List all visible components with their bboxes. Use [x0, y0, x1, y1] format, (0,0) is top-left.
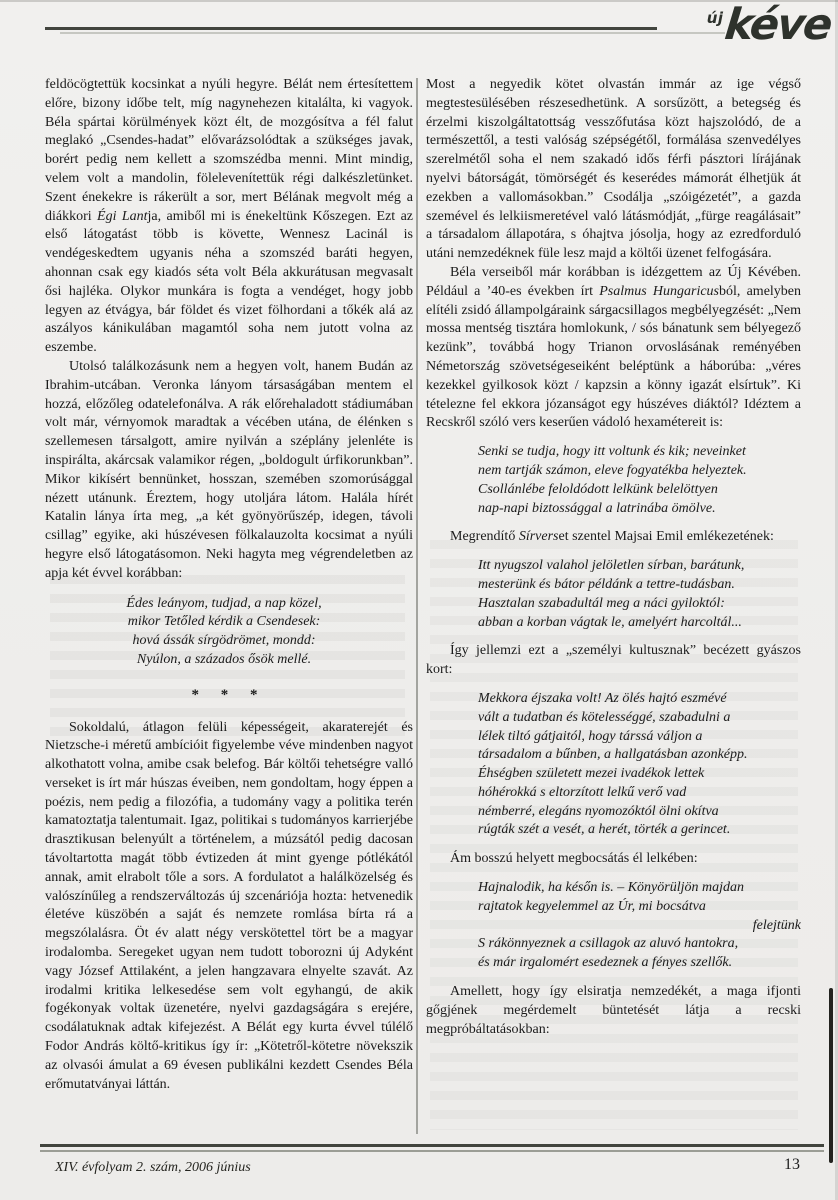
paragraph: Most a negyedik kötet olvastán immár az …: [426, 76, 801, 264]
poem-line: Senki se tudja, hogy itt voltunk és kik;…: [478, 443, 801, 462]
poem: Édes leányom, tudjad, a nap közel,mikor …: [45, 595, 403, 670]
left-text-column: feldöcögtettük kocsinkat a nyúli hegyre.…: [45, 76, 413, 1138]
text-segment: Megrendítő: [450, 529, 519, 544]
poem-line: társadalom a bűnben, a hallgatásban azon…: [478, 746, 801, 765]
scanned-page: újkéve feldöcögtettük kocsinkat a nyúli …: [0, 0, 838, 1200]
poem-line: Hasztalan szabadultál meg a náci gyilokt…: [478, 595, 801, 614]
scan-edge-artifact: [829, 988, 833, 1163]
text-segment: Utolsó találkozásunk nem a hegyen volt, …: [45, 359, 413, 581]
masthead-logo: újkéve: [707, 0, 830, 50]
paragraph: Ám bosszú helyett megbocsátás él lelkébe…: [426, 850, 801, 869]
paragraph: Megrendítő Sírverset szentel Majsai Emil…: [426, 528, 801, 547]
poem: Mekkora éjszaka volt! Az ölés hajtó eszm…: [478, 690, 801, 840]
text-segment: et szentel Majsai Emil emlékezetének:: [559, 529, 774, 544]
poem-line: vált a tudatban és kötelességgé, szabadu…: [478, 709, 801, 728]
text-segment: Most a negyedik kötet olvastán immár az …: [426, 77, 801, 261]
text-segment: Égi Lant: [97, 209, 148, 224]
footer-rule: [40, 1144, 824, 1152]
text-segment: feldöcögtettük kocsinkat a nyúli hegyre.…: [45, 77, 413, 224]
poem-line: Hajnalodik, ha későn is. – Könyörüljön m…: [478, 879, 801, 898]
header-rule-shadow: [60, 32, 725, 34]
poem-line: Éhségben született mezei ivadékok lettek: [478, 765, 801, 784]
section-separator: * * *: [45, 686, 413, 705]
poem-line: Édes leányom, tudjad, a nap közel,: [45, 595, 403, 614]
text-segment: Sírvers: [519, 529, 559, 544]
poem-line: rúgták szét a vesét, a herét, törték a g…: [478, 821, 801, 840]
poem-line: Csollánlébe feloldódott lelkünk belelött…: [478, 481, 801, 500]
poem-line: hóhérokká s eltorzított lelkű verő vad: [478, 784, 801, 803]
text-segment: Amellett, hogy így elsiratja nemzedékét,…: [426, 984, 801, 1037]
poem: Hajnalodik, ha későn is. – Könyörüljön m…: [478, 879, 801, 973]
footer-issue-line: XIV. évfolyam 2. szám, 2006 június: [55, 1160, 251, 1176]
poem-line: Nyúlon, a százados ősök mellé.: [45, 651, 403, 670]
poem-line: rajtatok kegyelemmel az Úr, mi bocsátva: [478, 898, 801, 917]
masthead-keve: kéve: [722, 0, 833, 50]
poem-line: Mekkora éjszaka volt! Az ölés hajtó eszm…: [478, 690, 801, 709]
poem-line: abban a korban vágtak le, amelyért harco…: [478, 614, 801, 633]
right-text-column: Most a negyedik kötet olvastán immár az …: [426, 76, 801, 1138]
poem-line: lélek tiltó gátjaitól, hogy társsá váljo…: [478, 728, 801, 747]
poem-line: és már irgalomért esedeznek a fényes sze…: [478, 954, 801, 973]
text-segment: Psalmus Hungaricus: [599, 284, 719, 299]
poem-line: nem tartják számon, eleve fogyatékba hel…: [478, 462, 801, 481]
paragraph: Béla verseiből már korábban is idézgette…: [426, 264, 801, 433]
header-rule: [45, 27, 657, 30]
paragraph: Sokoldalú, átlagon felüli képességeit, a…: [45, 719, 413, 1095]
poem-line: hová ássák sírgödrömet, mondd:: [45, 632, 403, 651]
page-number: 13: [784, 1156, 800, 1174]
poem: Senki se tudja, hogy itt voltunk és kik;…: [478, 443, 801, 518]
text-segment: Így jellemzi ezt a „személyi kultusznak”…: [426, 643, 801, 677]
poem-line: némberré, elegáns nyomozóktól ölni okítv…: [478, 803, 801, 822]
paragraph: feldöcögtettük kocsinkat a nyúli hegyre.…: [45, 76, 413, 358]
poem-line: S rákönnyeznek a csillagok az aluvó hant…: [478, 935, 801, 954]
poem-line: mikor Tetőled kérdik a Csendesek:: [45, 613, 403, 632]
paragraph: Utolsó találkozásunk nem a hegyen volt, …: [45, 358, 413, 584]
poem-line: nap-napi biztossággal a latrinába ömölve…: [478, 500, 801, 519]
text-segment: Sokoldalú, átlagon felüli képességeit, a…: [45, 720, 413, 1092]
paragraph: Így jellemzi ezt a „személyi kultusznak”…: [426, 642, 801, 680]
masthead-uj: új: [707, 9, 724, 27]
column-divider-rule: [416, 78, 418, 1134]
poem-line: mesterünk és bátor példánk a tettre-tudá…: [478, 576, 801, 595]
poem: Itt nyugszol valahol jelöletlen sírban, …: [478, 557, 801, 632]
text-segment: ja, amiből mi is énekeltünk Kőszegen. Ez…: [45, 209, 413, 356]
text-segment: ból, amelyben elítéli zsidó állampolgára…: [426, 284, 801, 431]
poem-line: felejtünk: [478, 917, 801, 936]
paragraph: Amellett, hogy így elsiratja nemzedékét,…: [426, 983, 801, 1039]
text-segment: Ám bosszú helyett megbocsátás él lelkébe…: [450, 851, 698, 866]
poem-line: Itt nyugszol valahol jelöletlen sírban, …: [478, 557, 801, 576]
